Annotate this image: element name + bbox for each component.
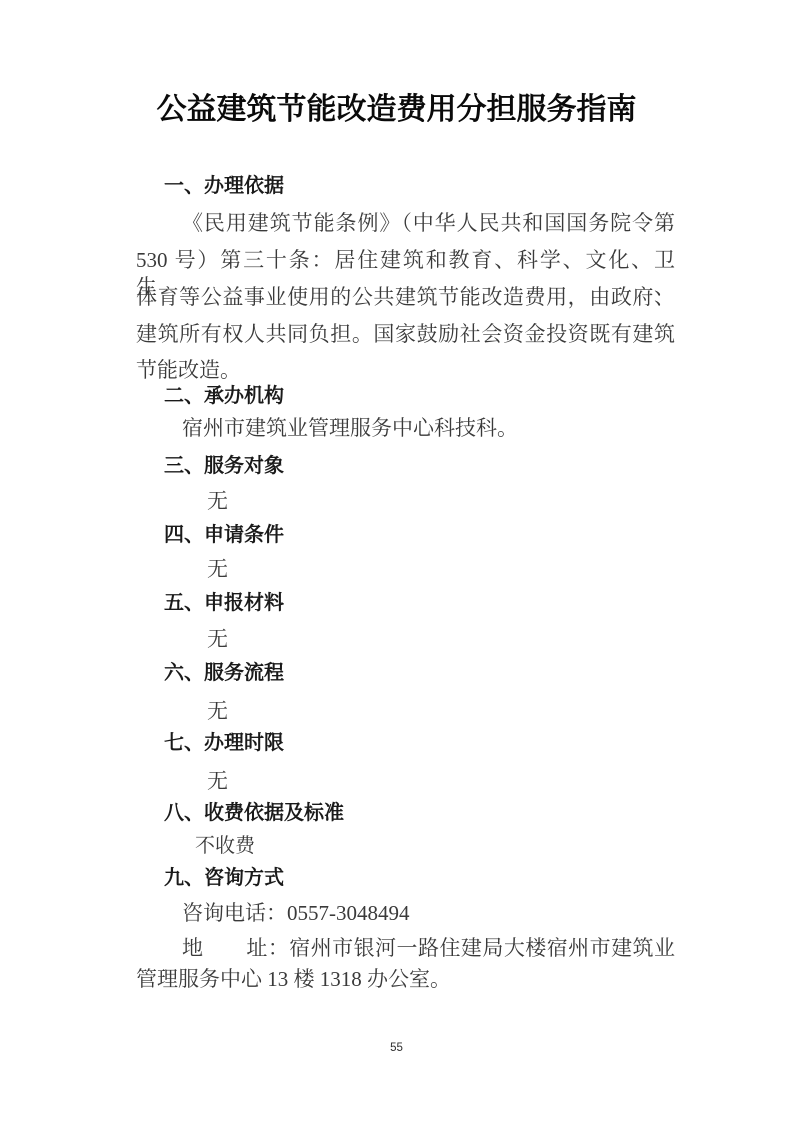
body-line: 无 bbox=[207, 556, 228, 583]
document-title: 公益建筑节能改造费用分担服务指南 bbox=[0, 91, 793, 129]
body-line: 无 bbox=[207, 488, 228, 515]
body-line: 无 bbox=[207, 768, 228, 795]
body-line: 无 bbox=[207, 698, 228, 725]
page-number: 55 bbox=[0, 1041, 793, 1055]
section-heading-2: 二、承办机构 bbox=[164, 384, 284, 409]
body-line: 宿州市建筑业管理服务中心科技科。 bbox=[182, 415, 518, 442]
body-line: 不收费 bbox=[195, 833, 255, 860]
section-heading-3: 三、服务对象 bbox=[164, 454, 284, 479]
address-line: 地 址：宿州市银河一路住建局大楼宿州市建筑业 bbox=[136, 935, 675, 962]
section-heading-5: 五、申报材料 bbox=[164, 591, 284, 616]
phone-line: 咨询电话：0557-3048494 bbox=[182, 900, 410, 927]
body-line: 节能改造。 bbox=[136, 357, 675, 384]
section-heading-4: 四、申请条件 bbox=[164, 523, 284, 548]
section-heading-6: 六、服务流程 bbox=[164, 661, 284, 686]
section-heading-8: 八、收费依据及标准 bbox=[164, 801, 344, 826]
section-heading-9: 九、咨询方式 bbox=[164, 866, 284, 891]
body-line: 《民用建筑节能条例》（中华人民共和国国务院令第 bbox=[136, 210, 675, 237]
section-heading-7: 七、办理时限 bbox=[164, 731, 284, 756]
document-page: 公益建筑节能改造费用分担服务指南 一、办理依据 《民用建筑节能条例》（中华人民共… bbox=[0, 0, 793, 1122]
address-line: 管理服务中心 13 楼 1318 办公室。 bbox=[136, 966, 675, 993]
section-heading-1: 一、办理依据 bbox=[164, 174, 284, 199]
body-line: 建筑所有权人共同负担。国家鼓励社会资金投资既有建筑 bbox=[136, 321, 675, 348]
body-line: 体育等公益事业使用的公共建筑节能改造费用，由政府、 bbox=[136, 284, 675, 311]
body-line: 无 bbox=[207, 626, 228, 653]
